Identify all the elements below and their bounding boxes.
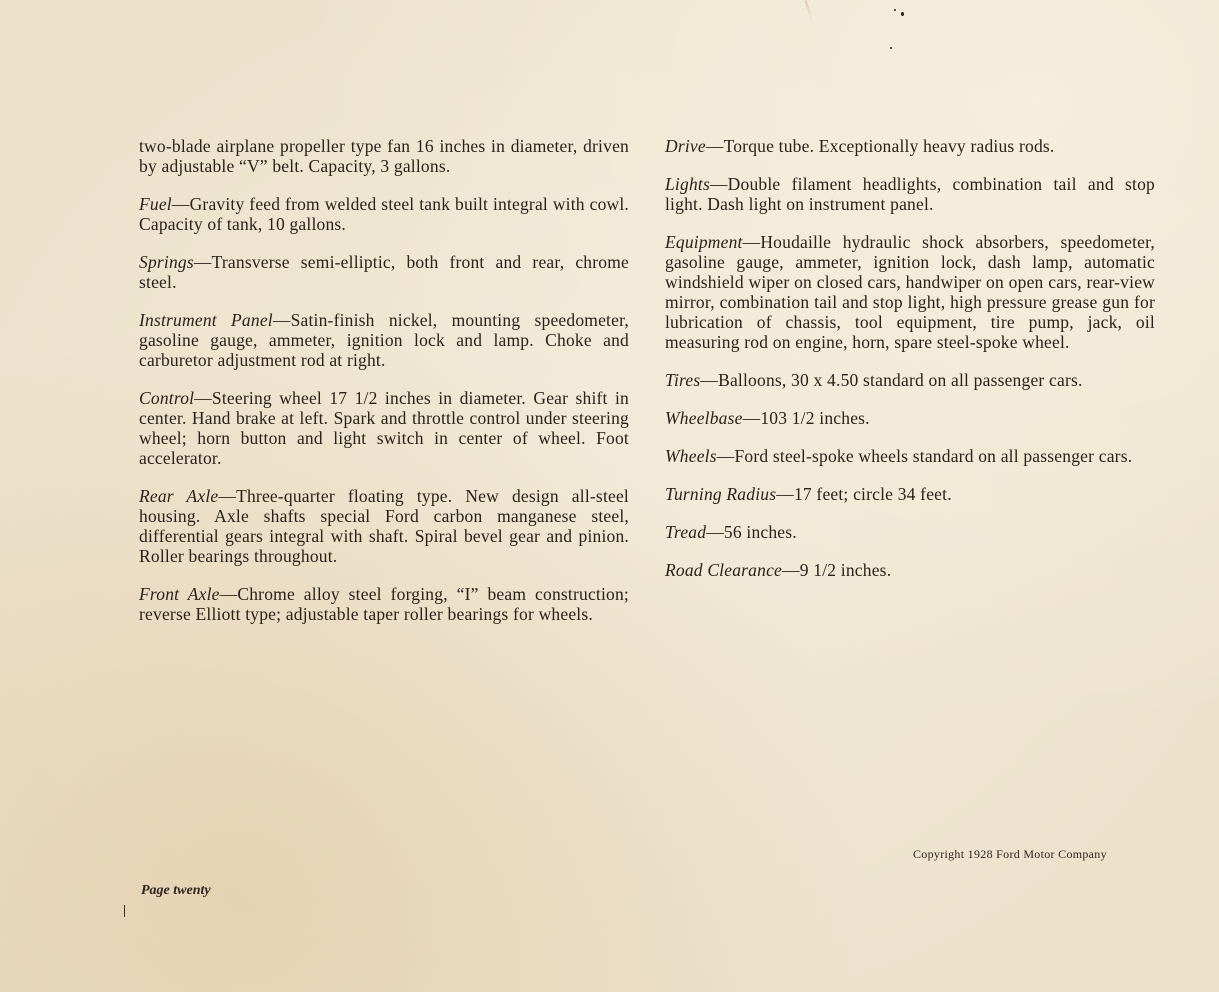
spec-text: Gravity feed from welded steel tank buil… [139, 194, 629, 234]
spec-paragraph-tread: Tread—56 inches. [665, 522, 1155, 542]
em-dash: — [776, 484, 794, 504]
spec-text: 103 1/2 inches. [760, 408, 869, 428]
em-dash: — [273, 310, 291, 330]
spec-paragraph-rear-axle: Rear Axle—Three-quarter floating type. N… [139, 486, 629, 566]
spec-term: Tires [665, 370, 700, 390]
spec-term: Wheelbase [665, 408, 743, 428]
spec-text: Balloons, 30 x 4.50 standard on all pass… [718, 370, 1083, 390]
spec-paragraph-drive: Drive—Torque tube. Exceptionally heavy r… [665, 136, 1155, 156]
right-column: Drive—Torque tube. Exceptionally heavy r… [665, 136, 1155, 598]
spec-term: Rear Axle [139, 486, 218, 506]
ink-speck [890, 47, 892, 49]
spec-term: Drive [665, 136, 706, 156]
spec-paragraph-springs: Springs—Transverse semi-elliptic, both f… [139, 252, 629, 292]
spec-paragraph-wheels: Wheels—Ford steel-spoke wheels standard … [665, 446, 1155, 466]
spec-text: Double filament headlights, combination … [665, 174, 1155, 214]
spec-paragraph-instrument-panel: Instrument Panel—Satin-finish nickel, mo… [139, 310, 629, 370]
spec-paragraph-cooling-continued: two-blade airplane propeller type fan 16… [139, 136, 629, 176]
spec-paragraph-lights: Lights—Double filament headlights, combi… [665, 174, 1155, 214]
spec-term: Equipment [665, 232, 743, 252]
page-number: Page twenty [141, 883, 211, 899]
spec-text: Torque tube. Exceptionally heavy radius … [724, 136, 1055, 156]
spec-text: Steering wheel 17 1/2 inches in diameter… [139, 388, 629, 468]
em-dash: — [717, 446, 735, 466]
spec-paragraph-control: Control—Steering wheel 17 1/2 inches in … [139, 388, 629, 468]
spec-term: Fuel [139, 194, 172, 214]
spec-paragraph-road-clearance: Road Clearance—9 1/2 inches. [665, 560, 1155, 580]
spec-term: Tread [665, 522, 706, 542]
spec-text: 9 1/2 inches. [800, 560, 892, 580]
spec-text: 56 inches. [724, 522, 797, 542]
paper-crease [805, 0, 814, 22]
spec-term: Wheels [665, 446, 717, 466]
spec-paragraph-front-axle: Front Axle—Chrome alloy steel forging, “… [139, 584, 629, 624]
left-column: two-blade airplane propeller type fan 16… [139, 136, 629, 642]
em-dash: — [743, 408, 761, 428]
em-dash: — [706, 522, 724, 542]
document-page: two-blade airplane propeller type fan 16… [0, 0, 1219, 992]
spec-paragraph-equipment: Equipment—Houdaille hydraulic shock abso… [665, 232, 1155, 352]
em-dash: — [706, 136, 724, 156]
em-dash: — [782, 560, 800, 580]
em-dash: — [700, 370, 718, 390]
em-dash: — [194, 388, 212, 408]
em-dash: — [172, 194, 190, 214]
spec-term: Road Clearance [665, 560, 782, 580]
em-dash: — [218, 486, 236, 506]
spec-term: Front Axle [139, 584, 220, 604]
spec-term: Lights [665, 174, 710, 194]
spec-term: Springs [139, 252, 194, 272]
copyright-notice: Copyright 1928 Ford Motor Company [913, 847, 1107, 862]
em-dash: — [710, 174, 728, 194]
spec-term: Turning Radius [665, 484, 776, 504]
spec-paragraph-tires: Tires—Balloons, 30 x 4.50 standard on al… [665, 370, 1155, 390]
ink-speck [894, 9, 896, 11]
spec-paragraph-turning-radius: Turning Radius—17 feet; circle 34 feet. [665, 484, 1155, 504]
spec-paragraph-fuel: Fuel—Gravity feed from welded steel tank… [139, 194, 629, 234]
ink-speck [901, 12, 904, 16]
spec-term: Control [139, 388, 194, 408]
margin-mark [124, 905, 125, 917]
spec-text: two-blade airplane propeller type fan 16… [139, 136, 629, 176]
spec-paragraph-wheelbase: Wheelbase—103 1/2 inches. [665, 408, 1155, 428]
spec-text: Transverse semi-elliptic, both front and… [139, 252, 629, 292]
em-dash: — [220, 584, 238, 604]
spec-text: Ford steel-spoke wheels standard on all … [734, 446, 1132, 466]
spec-term: Instrument Panel [139, 310, 273, 330]
em-dash: — [194, 252, 212, 272]
em-dash: — [743, 232, 761, 252]
spec-text: 17 feet; circle 34 feet. [794, 484, 952, 504]
